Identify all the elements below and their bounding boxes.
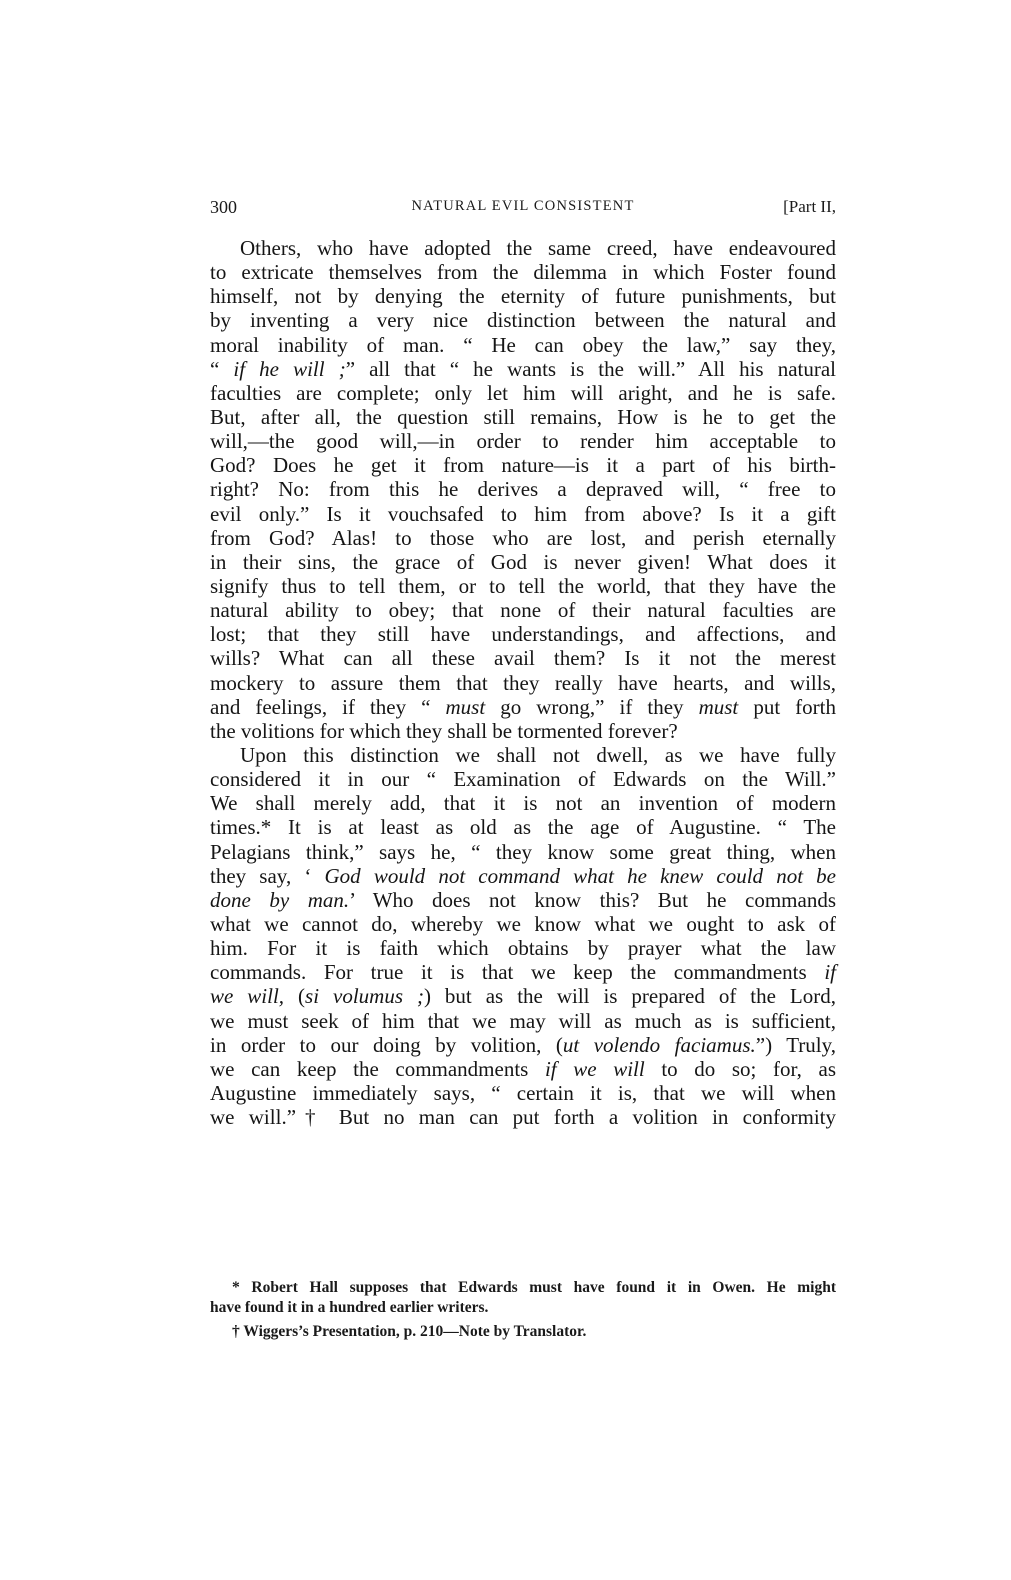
text-segment: to extricate themselves from the dilemma… xyxy=(210,260,836,284)
text-line: Upon this distinction we shall not dwell… xyxy=(210,743,836,767)
text-line: we will.”† But no man can put forth a vo… xyxy=(210,1105,836,1129)
text-line: in order to our doing by volition, (ut v… xyxy=(210,1033,836,1057)
running-title: NATURAL EVIL CONSISTENT xyxy=(210,198,836,215)
text-segment: Augustine immediately says, “ certain it… xyxy=(210,1081,836,1105)
text-line: we can keep the commandments if we will … xyxy=(210,1057,836,1081)
text-line: in their sins, the grace of God is never… xyxy=(210,550,836,574)
text-line: will,—the good will,—in order to render … xyxy=(210,429,836,453)
text-segment: Upon this distinction we shall not dwell… xyxy=(240,743,836,767)
part-label: [Part II, xyxy=(783,197,836,217)
text-segment: God? Does he get it from nature—is it a … xyxy=(210,453,836,477)
text-segment: ) but as the will is prepared of the Lor… xyxy=(424,984,836,1008)
text-segment: ( xyxy=(284,984,305,1008)
italic-text: if he will ; xyxy=(233,357,345,381)
text-segment: him. For it is faith which obtains by pr… xyxy=(210,936,836,960)
text-segment: by inventing a very nice distinction bet… xyxy=(210,308,836,332)
text-segment: we will.”† But no man can put forth a vo… xyxy=(210,1105,836,1129)
text-segment: considered it in our “ Examination of Ed… xyxy=(210,767,836,791)
text-segment: faculties are complete; only let him wil… xyxy=(210,381,836,405)
italic-text: si volumus ; xyxy=(305,984,424,1008)
text-segment: mockery to assure them that they really … xyxy=(210,671,836,695)
text-line: Others, who have adopted the same creed,… xyxy=(210,236,836,260)
text-line: him. For it is faith which obtains by pr… xyxy=(210,936,836,960)
text-segment: wills? What can all these avail them? Is… xyxy=(210,646,836,670)
footnote-line: † Wiggers’s Presentation, p. 210—Note by… xyxy=(210,1322,836,1342)
text-line: and feelings, if they “ must go wrong,” … xyxy=(210,695,836,719)
text-line: evil only.” Is it vouchsafed to him from… xyxy=(210,502,836,526)
text-segment: what we cannot do, whereby we know what … xyxy=(210,912,836,936)
text-segment: signify thus to tell them, or to tell th… xyxy=(210,574,836,598)
text-segment: we must seek of him that we may will as … xyxy=(210,1009,836,1033)
italic-text: ut volendo faciamus. xyxy=(563,1033,756,1057)
italic-text: must xyxy=(699,695,739,719)
footnote-line: * Robert Hall supposes that Edwards must… xyxy=(210,1278,836,1298)
text-segment: commands. For true it is that we keep th… xyxy=(210,960,824,984)
text-line: Pelagians think,” says he, “ they know s… xyxy=(210,840,836,864)
text-segment: they say, ‘ xyxy=(210,864,325,888)
text-segment: himself, not by denying the eternity of … xyxy=(210,284,836,308)
text-line: God? Does he get it from nature—is it a … xyxy=(210,453,836,477)
footnote-line: have found it in a hundred earlier write… xyxy=(210,1298,836,1318)
text-segment: will,—the good will,—in order to render … xyxy=(210,429,836,453)
text-line: But, after all, the question still remai… xyxy=(210,405,836,429)
text-segment: Others, who have adopted the same creed,… xyxy=(240,236,836,260)
italic-text: if xyxy=(824,960,836,984)
text-segment: lost; that they still have understanding… xyxy=(210,622,836,646)
text-line: they say, ‘ God would not command what h… xyxy=(210,864,836,888)
text-line: right? No: from this he derives a deprav… xyxy=(210,477,836,501)
text-line: from God? Alas! to those who are lost, a… xyxy=(210,526,836,550)
text-line: moral inability of man. “ He can obey th… xyxy=(210,333,836,357)
italic-text: must xyxy=(446,695,486,719)
italic-text: if we will xyxy=(545,1057,645,1081)
text-segment: times.* It is at least as old as the age… xyxy=(210,815,836,839)
italic-text: done by man. xyxy=(210,888,349,912)
text-segment: put forth xyxy=(738,695,836,719)
text-line: we will, (si volumus ;) but as the will … xyxy=(210,984,836,1008)
footnotes: * Robert Hall supposes that Edwards must… xyxy=(210,1278,836,1342)
text-segment: We shall merely add, that it is not an i… xyxy=(210,791,836,815)
running-head: 300 NATURAL EVIL CONSISTENT [Part II, xyxy=(210,197,836,219)
text-line: wills? What can all these avail them? Is… xyxy=(210,646,836,670)
text-line: the volitions for which they shall be to… xyxy=(210,719,836,743)
text-line: done by man.’ Who does not know this? Bu… xyxy=(210,888,836,912)
text-line: by inventing a very nice distinction bet… xyxy=(210,308,836,332)
text-line: lost; that they still have understanding… xyxy=(210,622,836,646)
italic-text: we will, xyxy=(210,984,284,1008)
text-segment: evil only.” Is it vouchsafed to him from… xyxy=(210,502,836,526)
text-segment: and feelings, if they “ xyxy=(210,695,446,719)
text-segment: from God? Alas! to those who are lost, a… xyxy=(210,526,836,550)
text-line: we must seek of him that we may will as … xyxy=(210,1009,836,1033)
text-line: We shall merely add, that it is not an i… xyxy=(210,791,836,815)
italic-text: God would not command what he knew could… xyxy=(325,864,837,888)
text-segment: the volitions for which they shall be to… xyxy=(210,719,678,743)
text-segment: Pelagians think,” says he, “ they know s… xyxy=(210,840,836,864)
text-segment: in their sins, the grace of God is never… xyxy=(210,550,836,574)
text-segment: But, after all, the question still remai… xyxy=(210,405,836,429)
text-line: considered it in our “ Examination of Ed… xyxy=(210,767,836,791)
text-line: times.* It is at least as old as the age… xyxy=(210,815,836,839)
text-line: “ if he will ;” all that “ he wants is t… xyxy=(210,357,836,381)
text-segment: moral inability of man. “ He can obey th… xyxy=(210,333,836,357)
text-segment: right? No: from this he derives a deprav… xyxy=(210,477,836,501)
text-segment: to do so; for, as xyxy=(645,1057,836,1081)
text-line: faculties are complete; only let him wil… xyxy=(210,381,836,405)
text-line: himself, not by denying the eternity of … xyxy=(210,284,836,308)
text-segment: we can keep the commandments xyxy=(210,1057,545,1081)
text-line: Augustine immediately says, “ certain it… xyxy=(210,1081,836,1105)
text-line: mockery to assure them that they really … xyxy=(210,671,836,695)
text-line: what we cannot do, whereby we know what … xyxy=(210,912,836,936)
text-segment: in order to our doing by volition, ( xyxy=(210,1033,563,1057)
text-segment: natural ability to obey; that none of th… xyxy=(210,598,836,622)
text-segment: go wrong,” if they xyxy=(485,695,698,719)
text-segment: “ xyxy=(210,357,233,381)
book-page: 300 NATURAL EVIL CONSISTENT [Part II, Ot… xyxy=(0,0,1011,1580)
text-segment: ” all that “ he wants is the will.” All … xyxy=(346,357,836,381)
text-line: to extricate themselves from the dilemma… xyxy=(210,260,836,284)
body-text: Others, who have adopted the same creed,… xyxy=(210,236,836,1129)
text-segment: ’ Who does not know this? But he command… xyxy=(349,888,836,912)
text-segment: ”) Truly, xyxy=(756,1033,836,1057)
text-line: commands. For true it is that we keep th… xyxy=(210,960,836,984)
text-line: signify thus to tell them, or to tell th… xyxy=(210,574,836,598)
text-line: natural ability to obey; that none of th… xyxy=(210,598,836,622)
